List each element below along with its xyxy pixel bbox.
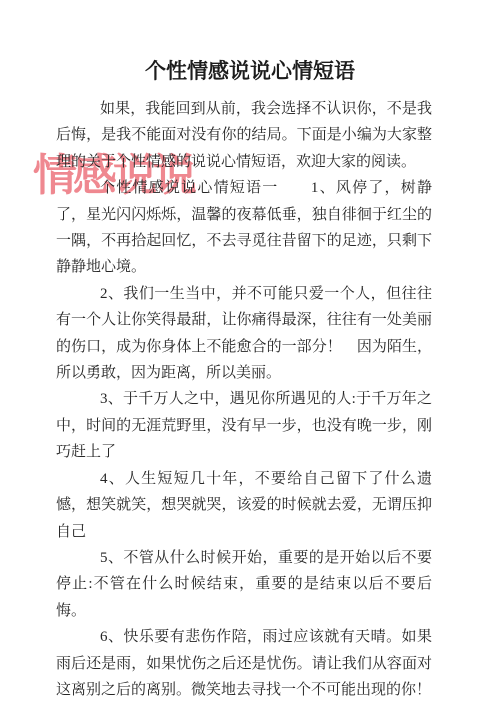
paragraph-quote-6: 6、快乐要有悲伤作陪，雨过应该就有天晴。如果雨后还是雨，如果忧伤之后还是忧伤。请… xyxy=(56,624,432,703)
document-page: 情感说说 个性情感说说心情短语 如果，我能回到从前，我会选择不认识你，不是我后悔… xyxy=(0,0,500,707)
page-title: 个性情感说说心情短语 xyxy=(0,0,500,87)
document-body: 如果，我能回到从前，我会选择不认识你，不是我后悔，是我不能面对没有你的结局。下面… xyxy=(56,96,432,703)
paragraph-quote-5: 5、不管从什么时候开始，重要的是开始以后不要停止:不管在什么时候结束，重要的是结… xyxy=(56,545,432,624)
paragraph-intro: 如果，我能回到从前，我会选择不认识你，不是我后悔，是我不能面对没有你的结局。下面… xyxy=(56,96,432,175)
paragraph-quote-2: 2、我们一生当中，并不可能只爱一个人，但往往有一个人让你笑得最甜，让你痛得最深，… xyxy=(56,281,432,387)
paragraph-quote-3: 3、于千万人之中，遇见你所遇见的人:于千万年之中，时间的无涯荒野里，没有早一步，… xyxy=(56,386,432,465)
paragraph-quote-4: 4、人生短短几十年，不要给自己留下了什么遗憾，想笑就笑，想哭就哭，该爱的时候就去… xyxy=(56,466,432,545)
paragraph-section-1-quote-1: 个性情感说说心情短语一 1、风停了，树静了，星光闪闪烁烁，温馨的夜幕低垂，独自徘… xyxy=(56,175,432,281)
